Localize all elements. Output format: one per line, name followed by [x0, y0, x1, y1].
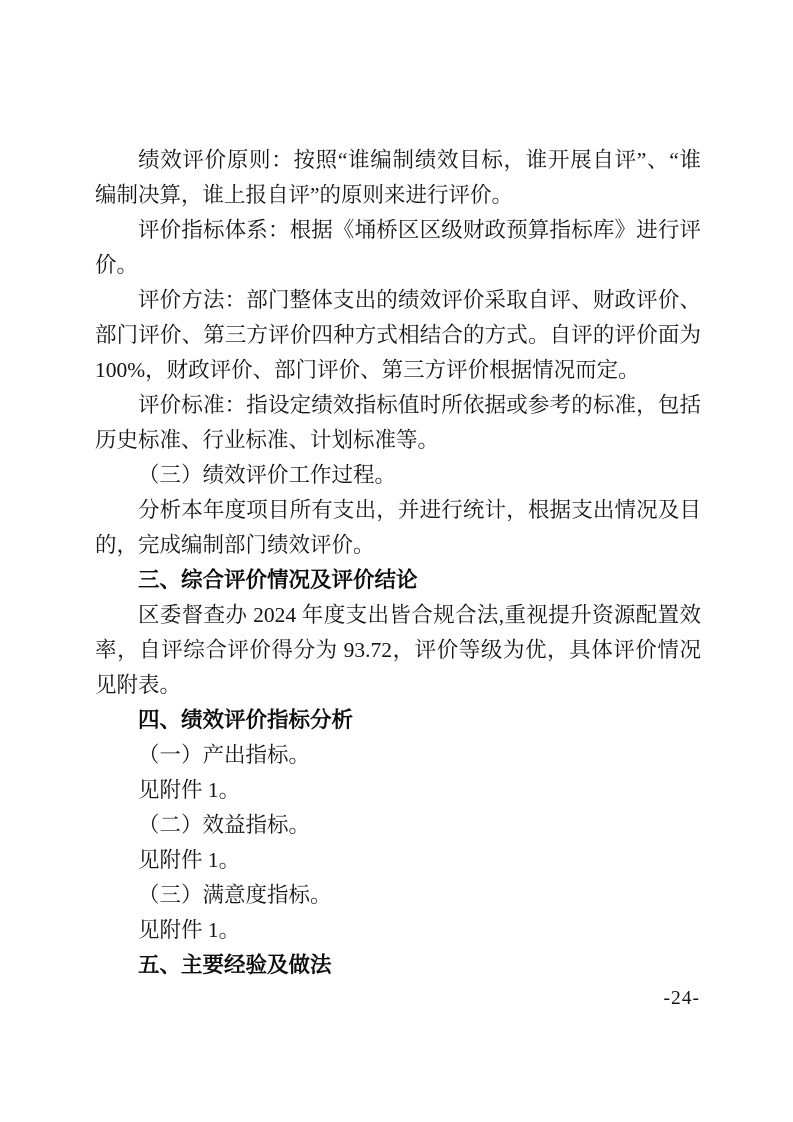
- paragraph-work-process: 分析本年度项目所有支出，并进行统计，根据支出情况及目的，完成编制部门绩效评价。: [95, 493, 701, 563]
- paragraph-evaluation-standard: 评价标准：指设定绩效指标值时所依据或参考的标准，包括历史标准、行业标准、计划标准…: [95, 388, 701, 458]
- paragraph-overall-conclusion: 区委督查办 2024 年度支出皆合规合法,重视提升资源配置效率，自评综合评价得分…: [95, 598, 701, 703]
- paragraph-satisfaction-indicators: （三）满意度指标。: [95, 878, 701, 913]
- paragraph-see-attachment-1: 见附件 1。: [95, 773, 701, 808]
- paragraph-evaluation-principles: 绩效评价原则：按照“谁编制绩效目标，谁开展自评”、“谁编制决算，谁上报自评”的原…: [95, 143, 701, 213]
- page-number: -24-: [664, 988, 701, 1010]
- paragraph-output-indicators: （一）产出指标。: [95, 738, 701, 773]
- section-heading-5: 五、主要经验及做法: [95, 948, 701, 983]
- paragraph-see-attachment-2: 见附件 1。: [95, 843, 701, 878]
- paragraph-evaluation-method: 评价方法：部门整体支出的绩效评价采取自评、财政评价、部门评价、第三方评价四种方式…: [95, 283, 701, 388]
- document-page: 绩效评价原则：按照“谁编制绩效目标，谁开展自评”、“谁编制决算，谁上报自评”的原…: [0, 0, 793, 1122]
- paragraph-subsection-3-title: （三）绩效评价工作过程。: [95, 458, 701, 493]
- paragraph-benefit-indicators: （二）效益指标。: [95, 808, 701, 843]
- paragraph-indicator-system: 评价指标体系：根据《埇桥区区级财政预算指标库》进行评价。: [95, 213, 701, 283]
- document-body: 绩效评价原则：按照“谁编制绩效目标，谁开展自评”、“谁编制决算，谁上报自评”的原…: [95, 143, 701, 983]
- section-heading-3: 三、综合评价情况及评价结论: [95, 563, 701, 598]
- paragraph-see-attachment-3: 见附件 1。: [95, 913, 701, 948]
- section-heading-4: 四、绩效评价指标分析: [95, 703, 701, 738]
